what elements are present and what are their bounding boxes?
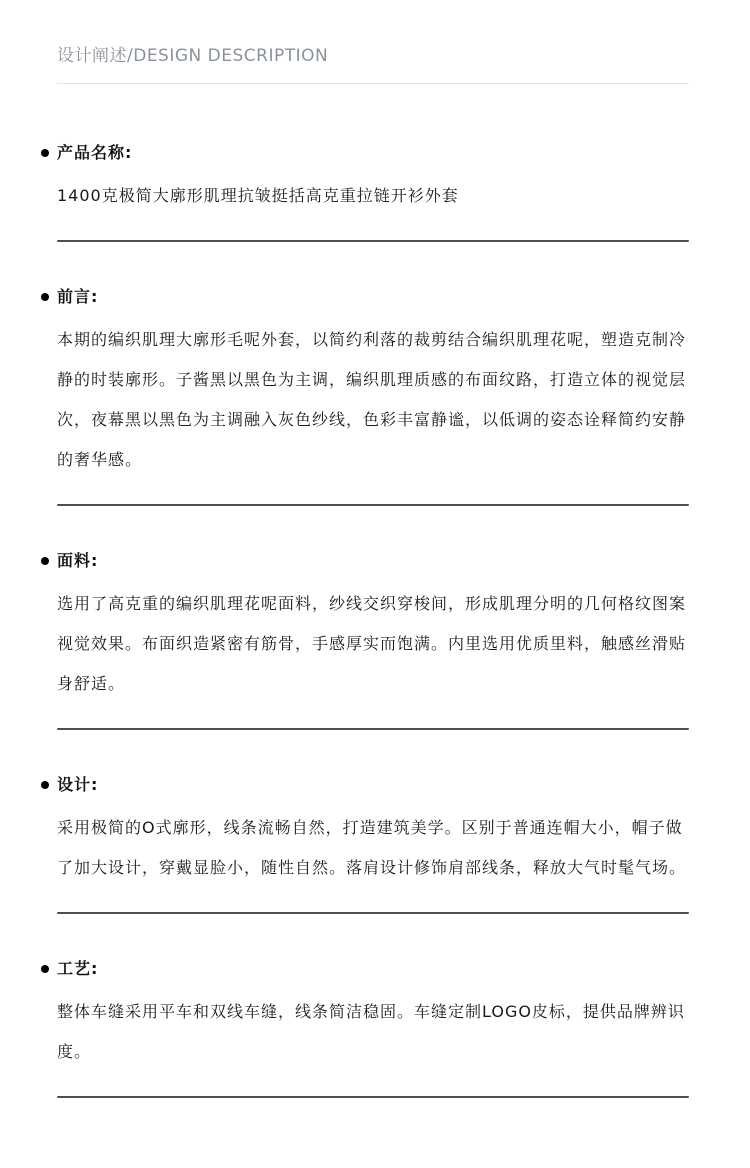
page-header: 设计阐述/DESIGN DESCRIPTION	[57, 0, 689, 84]
section-heading: 工艺:	[57, 958, 689, 980]
section-body-text: 1400克极简大廓形肌理抗皱挺括高克重拉链开衫外套	[57, 176, 689, 216]
page-title: 设计阐述/DESIGN DESCRIPTION	[57, 46, 689, 66]
section-heading-label: 产品名称:	[57, 143, 132, 162]
bullet-icon	[41, 293, 49, 301]
section-heading-label: 设计:	[57, 775, 98, 794]
section-craftsmanship: 工艺: 整体车缝采用平车和双线车缝，线条简洁稳固。车缝定制LOGO皮标，提供品牌…	[57, 958, 689, 1098]
section-heading-label: 工艺:	[57, 959, 98, 978]
section-body-text: 本期的编织肌理大廓形毛呢外套，以简约利落的裁剪结合编织肌理花呢，塑造克制冷静的时…	[57, 320, 689, 480]
bullet-icon	[41, 557, 49, 565]
design-description-page: 设计阐述/DESIGN DESCRIPTION 产品名称: 1400克极简大廓形…	[0, 0, 750, 1098]
section-fabric: 面料: 选用了高克重的编织肌理花呢面料，纱线交织穿梭间，形成肌理分明的几何格纹图…	[57, 550, 689, 730]
section-heading: 面料:	[57, 550, 689, 572]
section-divider	[57, 504, 689, 506]
section-preface: 前言: 本期的编织肌理大廓形毛呢外套，以简约利落的裁剪结合编织肌理花呢，塑造克制…	[57, 286, 689, 506]
section-heading-label: 面料:	[57, 551, 98, 570]
bullet-icon	[41, 149, 49, 157]
section-heading-label: 前言:	[57, 287, 98, 306]
bullet-icon	[41, 965, 49, 973]
section-heading: 产品名称:	[57, 142, 689, 164]
section-divider	[57, 728, 689, 730]
section-body-text: 整体车缝采用平车和双线车缝，线条简洁稳固。车缝定制LOGO皮标，提供品牌辨识度。	[57, 992, 689, 1072]
section-heading: 前言:	[57, 286, 689, 308]
section-heading: 设计:	[57, 774, 689, 796]
section-design: 设计: 采用极简的O式廓形，线条流畅自然，打造建筑美学。区别于普通连帽大小，帽子…	[57, 774, 689, 914]
section-body-text: 采用极简的O式廓形，线条流畅自然，打造建筑美学。区别于普通连帽大小，帽子做了加大…	[57, 808, 689, 888]
bullet-icon	[41, 781, 49, 789]
section-divider	[57, 912, 689, 914]
section-divider	[57, 240, 689, 242]
section-divider	[57, 1096, 689, 1098]
section-body-text: 选用了高克重的编织肌理花呢面料，纱线交织穿梭间，形成肌理分明的几何格纹图案视觉效…	[57, 584, 689, 704]
section-product-name: 产品名称: 1400克极简大廓形肌理抗皱挺括高克重拉链开衫外套	[57, 142, 689, 242]
